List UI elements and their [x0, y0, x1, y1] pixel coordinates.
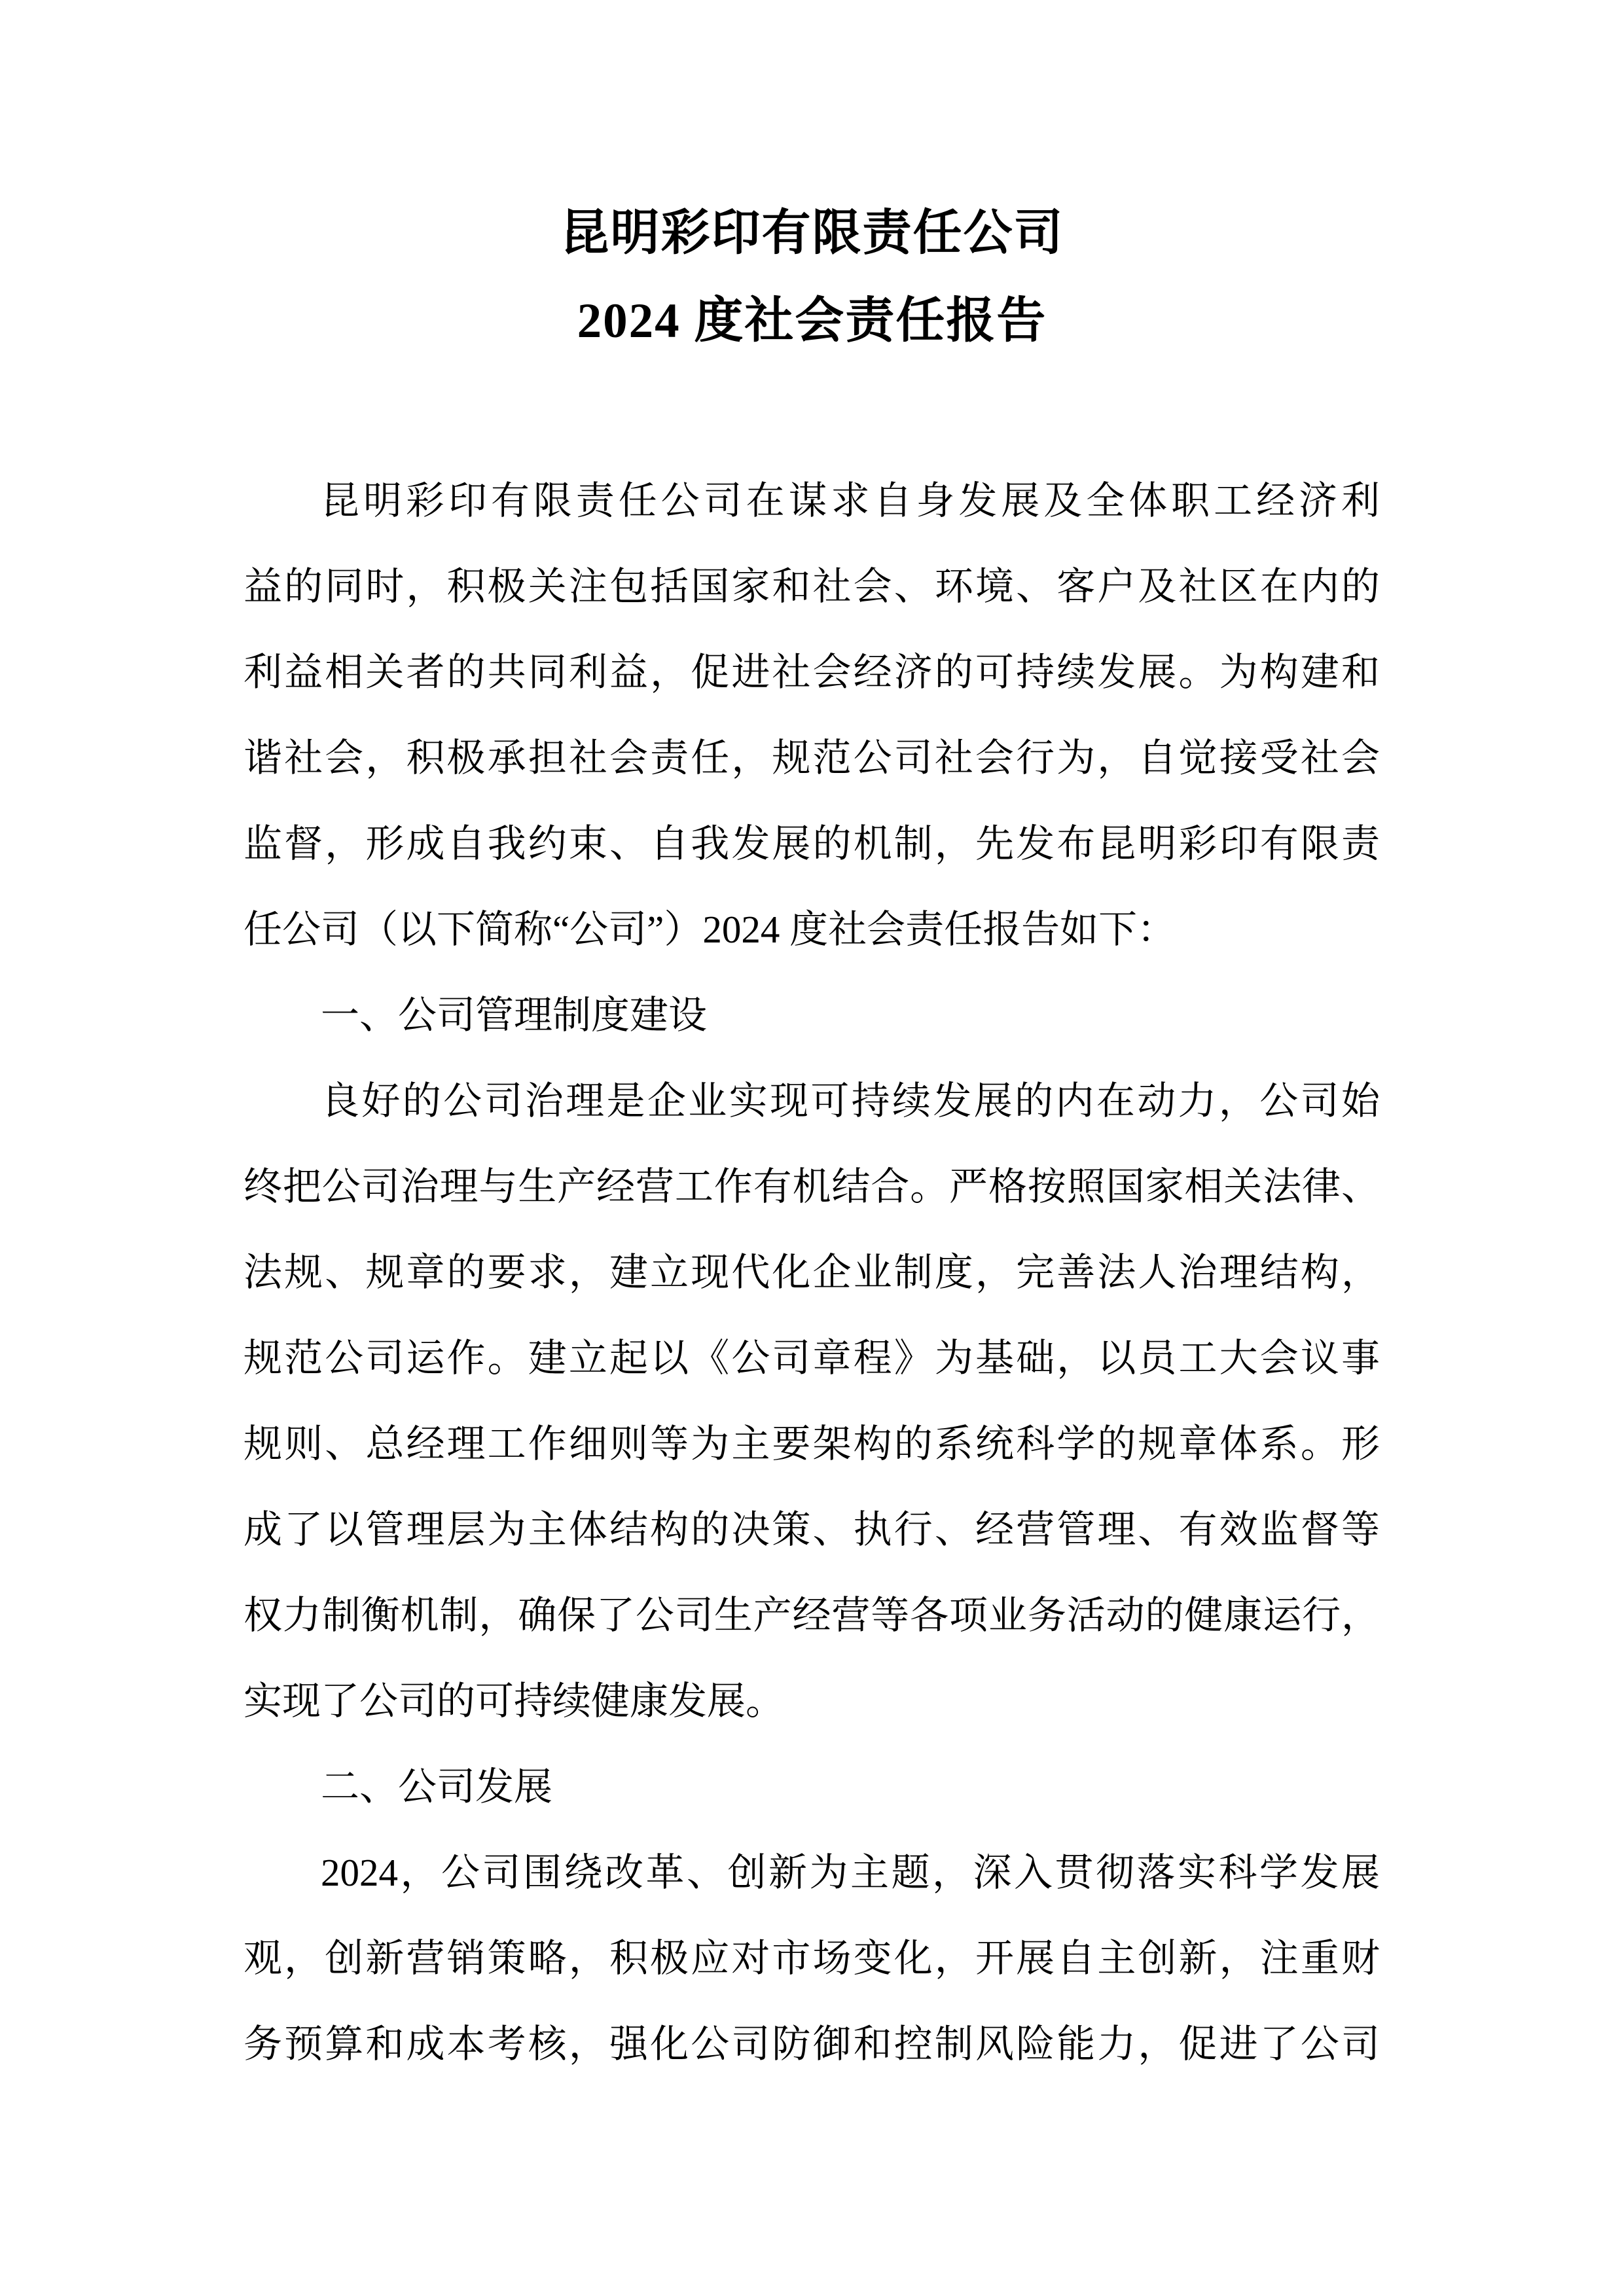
body-line: 终把公司治理与生产经营工作有机结合。严格按照国家相关法律、 — [244, 1144, 1380, 1230]
body-line: 观，创新营销策略，积极应对市场变化，开展自主创新，注重财 — [244, 1916, 1380, 2001]
body-line: 良好的公司治理是企业实现可持续发展的内在动力，公司始 — [244, 1058, 1380, 1144]
body-line: 谐社会，积极承担社会责任，规范公司社会行为，自觉接受社会 — [244, 715, 1380, 801]
document-body: 昆明彩印有限责任公司在谋求自身发展及全体职工经济利益的同时，积极关注包括国家和社… — [244, 458, 1380, 2087]
document-title-line1: 昆明彩印有限责任公司 — [0, 190, 1624, 278]
body-line: 务预算和成本考核，强化公司防御和控制风险能力，促进了公司 — [244, 2001, 1380, 2087]
body-line: 法规、规章的要求，建立现代化企业制度，完善法人治理结构， — [244, 1230, 1380, 1316]
body-line: 权力制衡机制，确保了公司生产经营等各项业务活动的健康运行， — [244, 1573, 1380, 1659]
body-line: 监督，形成自我约束、自我发展的机制，先发布昆明彩印有限责 — [244, 801, 1380, 887]
body-line: 昆明彩印有限责任公司在谋求自身发展及全体职工经济利 — [244, 458, 1380, 544]
section-heading: 一、公司管理制度建设 — [244, 973, 1380, 1058]
section-heading: 二、公司发展 — [244, 1744, 1380, 1830]
body-line: 实现了公司的可持续健康发展。 — [244, 1659, 1380, 1744]
body-line: 2024，公司围绕改革、创新为主题，深入贯彻落实科学发展 — [244, 1830, 1380, 1916]
body-line: 益的同时，积极关注包括国家和社会、环境、客户及社区在内的 — [244, 544, 1380, 630]
document-title-line2: 2024 度社会责任报告 — [0, 278, 1624, 365]
body-line: 利益相关者的共同利益，促进社会经济的可持续发展。为构建和 — [244, 630, 1380, 715]
body-line: 规范公司运作。建立起以《公司章程》为基础，以员工大会议事 — [244, 1316, 1380, 1401]
document-header: 昆明彩印有限责任公司 2024 度社会责任报告 — [0, 0, 1624, 365]
body-line: 任公司（以下简称“公司”）2024 度社会责任报告如下： — [244, 887, 1380, 973]
body-line: 规则、总经理工作细则等为主要架构的系统科学的规章体系。形 — [244, 1401, 1380, 1487]
document-page: 昆明彩印有限责任公司 2024 度社会责任报告 昆明彩印有限责任公司在谋求自身发… — [0, 0, 1624, 2296]
body-line: 成了以管理层为主体结构的决策、执行、经营管理、有效监督等 — [244, 1487, 1380, 1573]
